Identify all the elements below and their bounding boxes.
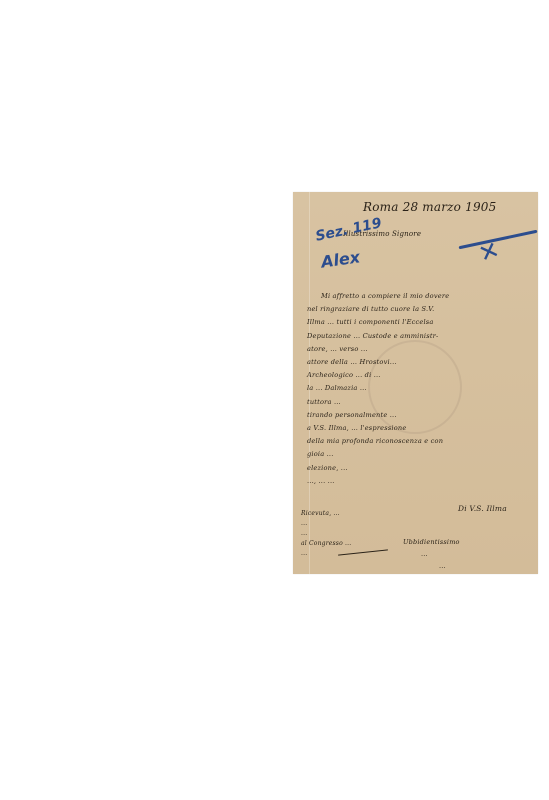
letter-line: a V.S. Illma, ... l'espressione bbox=[307, 424, 406, 432]
postscript-line: al Congresso ... bbox=[301, 540, 351, 547]
faded-stamp bbox=[368, 340, 462, 434]
letter-line: la ... Dalmazia ... bbox=[307, 384, 367, 392]
letter-line: atore, ... verso ... bbox=[307, 345, 368, 353]
letter-line: Illma ... tutti i componenti l'Eccelsa bbox=[307, 318, 434, 326]
letter-line: attore della ... Hrostovi... bbox=[307, 358, 397, 366]
signature-line: ... bbox=[421, 550, 428, 558]
blue-annotation: Alex bbox=[320, 247, 361, 271]
closing: Di V.S. Illma bbox=[458, 504, 507, 513]
postscript-line: ... bbox=[301, 530, 307, 537]
signature-line: ... bbox=[439, 562, 446, 570]
letter-line: ..., ... ... bbox=[307, 477, 335, 485]
letter-line: gioia ... bbox=[307, 450, 334, 458]
postscript-line: Ricevuta, ... bbox=[301, 510, 340, 517]
letter-line: Mi affretto a compiere il mio dovere bbox=[321, 292, 449, 300]
letter-line: elezione, ... bbox=[307, 464, 348, 472]
letter-line: tirando personalmente ... bbox=[307, 411, 397, 419]
blue-annotation: Sez. 119 bbox=[314, 215, 383, 245]
postscript-line: ... bbox=[301, 520, 307, 527]
letter-line: nel ringraziare di tutto cuore la S.V. bbox=[307, 305, 434, 313]
letter-line: Deputazione ... Custode e amministr- bbox=[307, 332, 438, 340]
letter-line: della mia profonda riconoscenza e con bbox=[307, 437, 443, 445]
letter-line: Archeologico ... di ... bbox=[307, 371, 381, 379]
letter-line: tuttora ... bbox=[307, 398, 341, 406]
signature-line: Ubbidientissimo bbox=[403, 538, 460, 546]
postscript-underline bbox=[338, 549, 388, 555]
postscript-line: ... bbox=[301, 550, 307, 557]
date-line: Roma 28 marzo 1905 bbox=[363, 200, 496, 214]
letter-page: Roma 28 marzo 1905 Illustrissimo Signore… bbox=[293, 192, 538, 574]
